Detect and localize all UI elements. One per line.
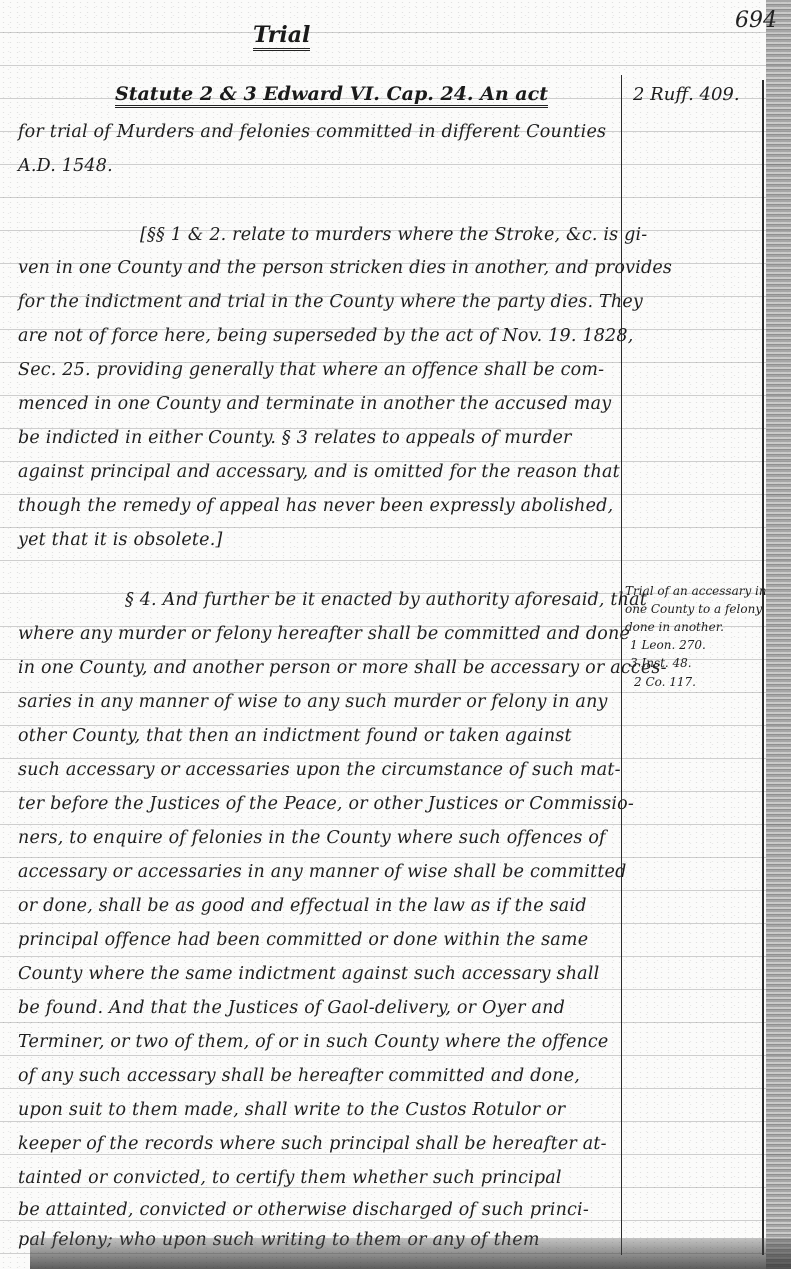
body-line: upon suit to them made, shall write to t… bbox=[18, 1100, 565, 1120]
body-line: saries in any manner of wise to any such… bbox=[18, 692, 608, 712]
margin-reference: 2 Ruff. 409. bbox=[633, 84, 740, 105]
body-line: ter before the Justices of the Peace, or… bbox=[18, 794, 634, 814]
body-line: of any such accessary shall be hereafter… bbox=[18, 1066, 580, 1086]
body-line: ners, to enquire of felonies in the Coun… bbox=[18, 828, 606, 848]
scan-bottom-shadow bbox=[30, 1238, 791, 1269]
page-number: 694 bbox=[735, 8, 777, 33]
margin-note-line: done in another. bbox=[625, 620, 724, 634]
body-line: County where the same indictment against… bbox=[18, 964, 599, 984]
body-line: other County, that then an indictment fo… bbox=[18, 726, 572, 746]
body-line: against principal and accessary, and is … bbox=[18, 462, 620, 482]
body-line: A.D. 1548. bbox=[18, 156, 113, 176]
body-line: Terminer, or two of them, of or in such … bbox=[18, 1032, 608, 1052]
body-line: in one County, and another person or mor… bbox=[18, 658, 667, 678]
body-line: [§§ 1 & 2. relate to murders where the S… bbox=[140, 225, 647, 245]
body-line: menced in one County and terminate in an… bbox=[18, 394, 611, 414]
body-line: principal offence had been committed or … bbox=[18, 930, 588, 950]
margin-note-line: one County to a felony bbox=[625, 602, 762, 616]
manuscript-page: 694 Trial Statute 2 & 3 Edward VI. Cap. … bbox=[0, 0, 791, 1269]
body-line: though the remedy of appeal has never be… bbox=[18, 496, 613, 516]
body-line: or done, shall be as good and effectual … bbox=[18, 896, 587, 916]
body-line: be found. And that the Justices of Gaol-… bbox=[18, 998, 565, 1018]
body-line: § 4. And further be it enacted by author… bbox=[125, 590, 647, 610]
body-line: be indicted in either County. § 3 relate… bbox=[18, 428, 572, 448]
body-line: are not of force here, being superseded … bbox=[18, 326, 633, 346]
page-edge-shadow bbox=[766, 0, 791, 1269]
margin-rule-right bbox=[762, 80, 764, 1255]
body-line: for trial of Murders and felonies commit… bbox=[18, 122, 606, 142]
body-line: ven in one County and the person stricke… bbox=[18, 258, 672, 278]
body-line: Sec. 25. providing generally that where … bbox=[18, 360, 604, 380]
margin-note-line: 1 Leon. 270. bbox=[630, 638, 706, 652]
body-line: where any murder or felony hereafter sha… bbox=[18, 624, 630, 644]
margin-note-line: 3 Inst. 48. bbox=[630, 656, 692, 670]
margin-note-line: Trial of an accessary in bbox=[625, 584, 767, 598]
page-title: Trial bbox=[253, 22, 310, 51]
body-line: yet that it is obsolete.] bbox=[18, 530, 223, 550]
body-line: for the indictment and trial in the Coun… bbox=[18, 292, 643, 312]
body-line: be attainted, convicted or otherwise dis… bbox=[18, 1200, 589, 1220]
margin-note-line: 2 Co. 117. bbox=[634, 675, 696, 689]
body-line: accessary or accessaries in any manner o… bbox=[18, 862, 627, 882]
statute-heading: Statute 2 & 3 Edward VI. Cap. 24. An act bbox=[115, 83, 548, 108]
body-line: keeper of the records where such princip… bbox=[18, 1134, 607, 1154]
body-line: such accessary or accessaries upon the c… bbox=[18, 760, 621, 780]
body-line: tainted or convicted, to certify them wh… bbox=[18, 1168, 562, 1188]
